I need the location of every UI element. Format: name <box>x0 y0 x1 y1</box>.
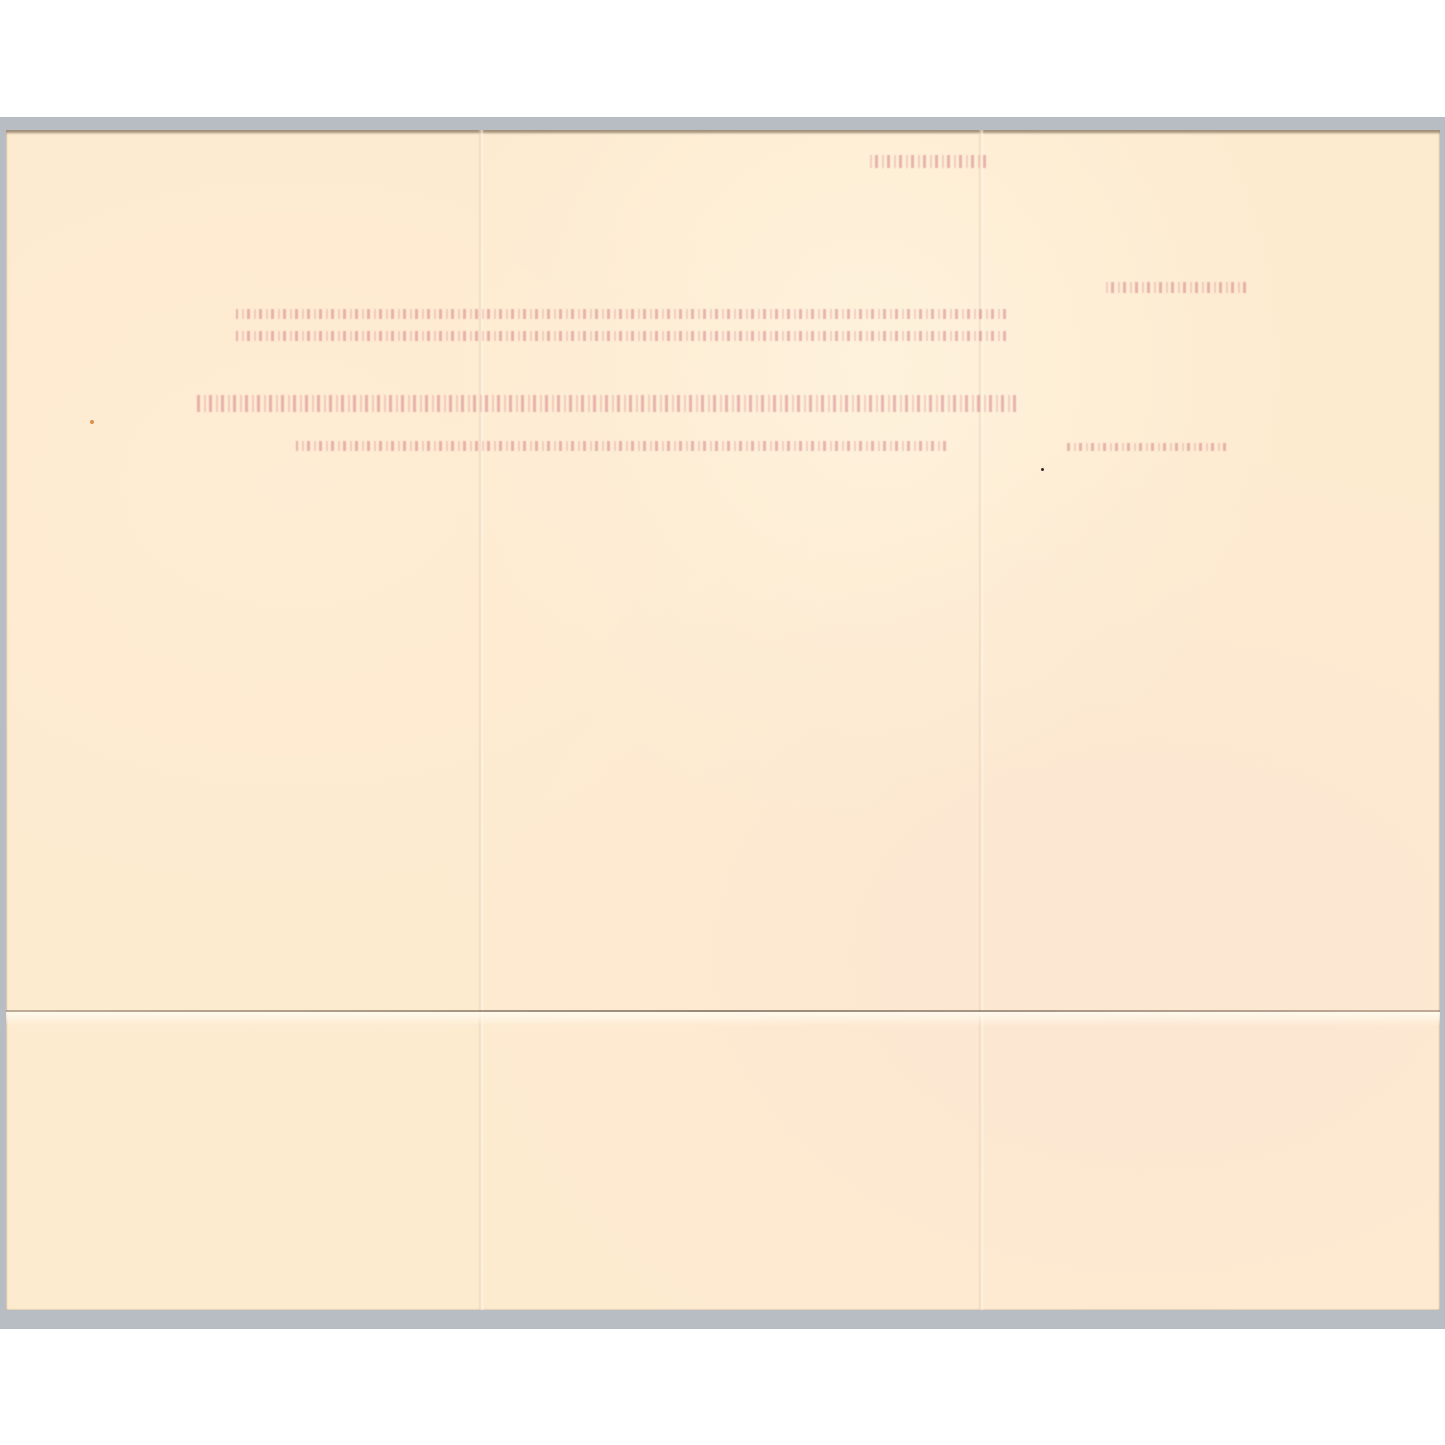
document-description: Reverse side of an aged paper letterhead… <box>6 130 7 131</box>
vertical-fold-left <box>478 130 484 1310</box>
bleed-through-line <box>296 440 946 456</box>
bleed-through-mark <box>1066 440 1226 455</box>
bleed-through-mark <box>866 152 986 173</box>
paper-sheet: Reverse side of an aged paper letterhead… <box>6 130 1440 1310</box>
ink-dot <box>1041 468 1044 471</box>
bleed-through-mark <box>1106 280 1246 298</box>
bleed-through-line <box>236 330 1006 346</box>
bleed-through-heading <box>196 392 1016 419</box>
bleed-through-line <box>236 308 1006 324</box>
horizontal-fold <box>6 1010 1440 1012</box>
paper-stain-spot <box>90 420 94 424</box>
vertical-fold-right <box>978 130 984 1310</box>
